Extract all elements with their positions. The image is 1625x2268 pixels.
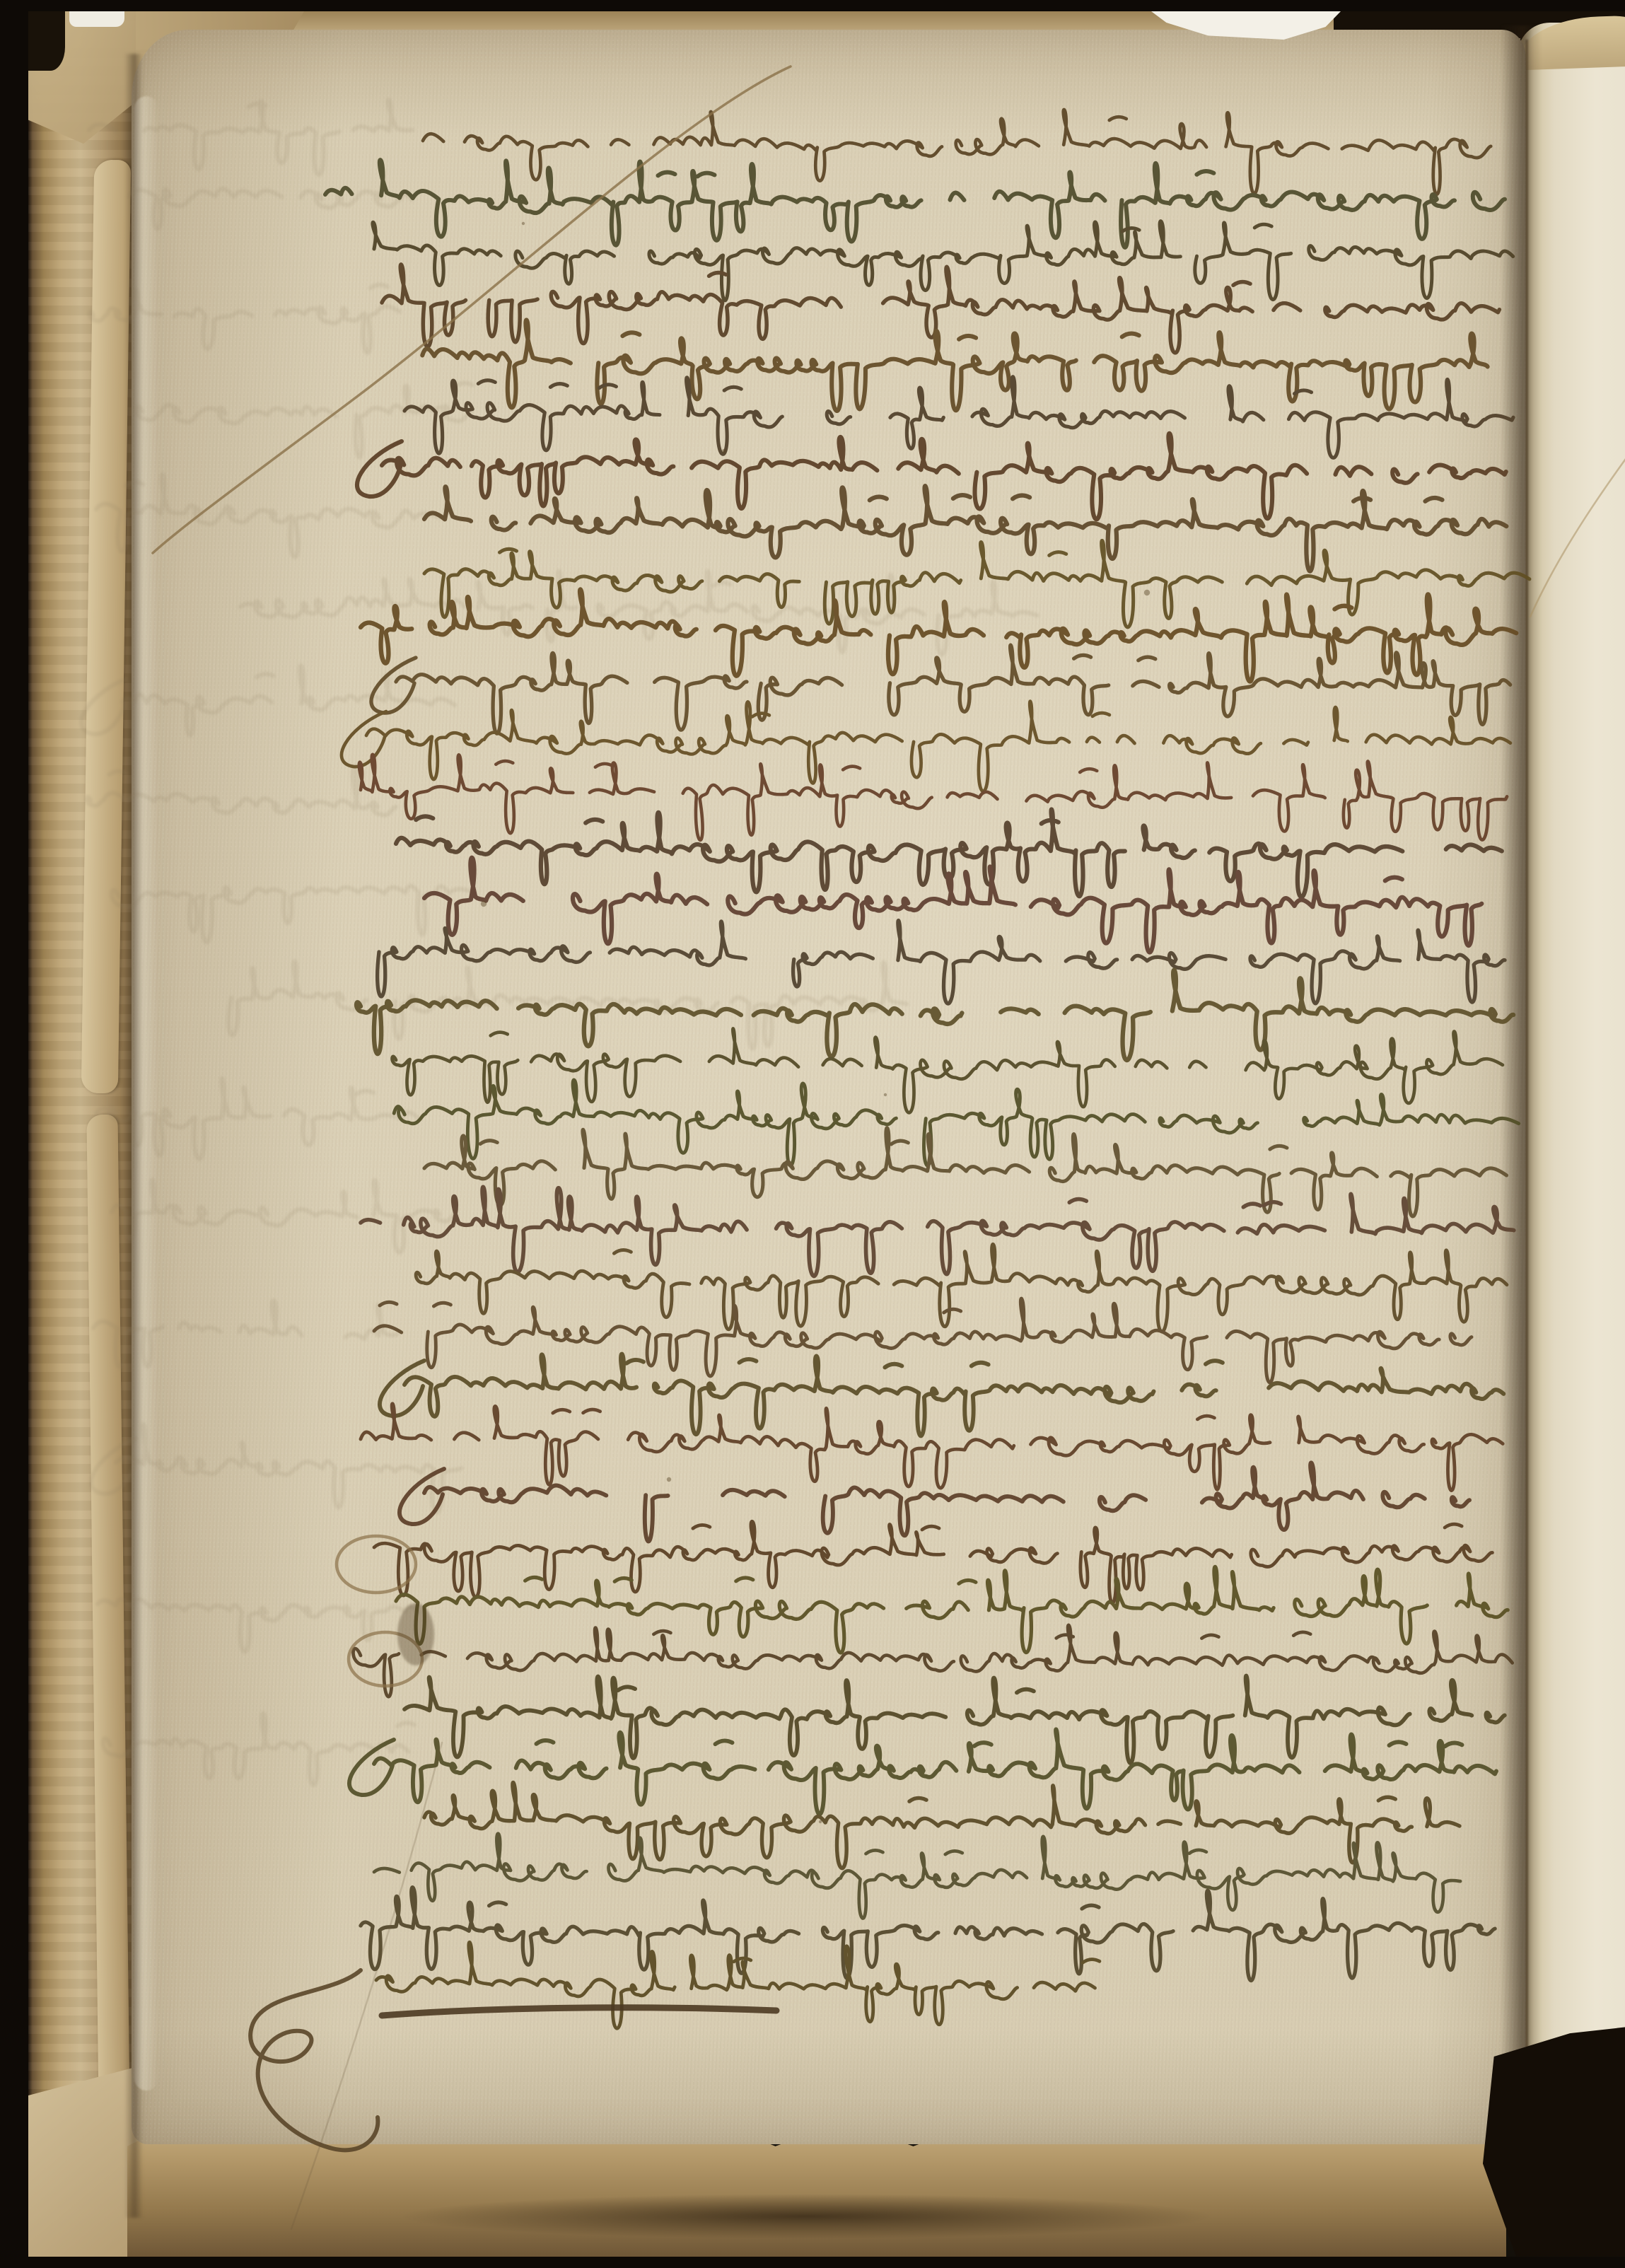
background-corner (28, 11, 65, 71)
manuscript-page (132, 30, 1526, 2144)
binding-crevice-shadow (124, 54, 143, 2218)
gutter-fold-line (1525, 40, 1528, 2147)
bottom-shadow-streak (396, 2194, 1216, 2239)
paper-scrap (69, 11, 124, 27)
manuscript-photo (28, 11, 1625, 2257)
gutter-shadow (1501, 25, 1542, 2168)
